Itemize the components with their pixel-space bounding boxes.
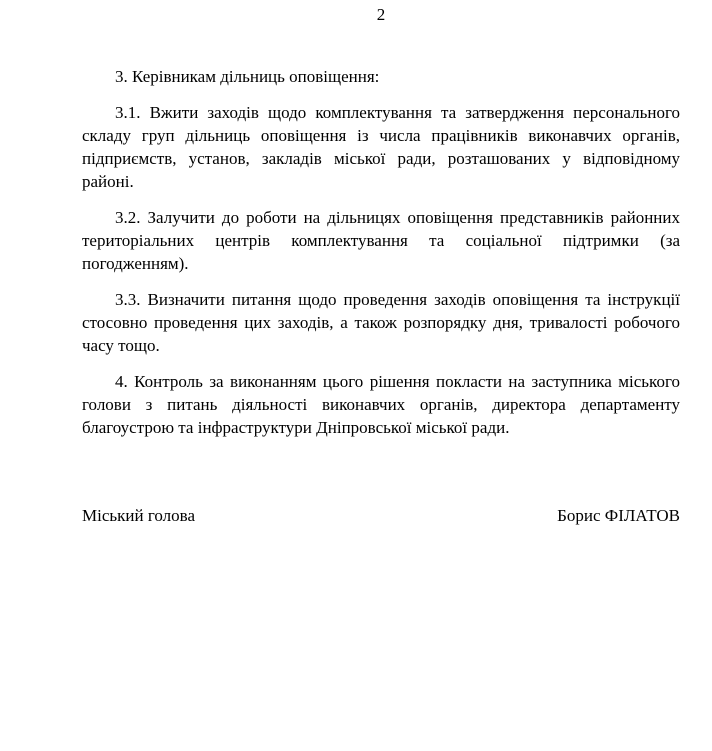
- page-number: 2: [82, 3, 680, 26]
- paragraph-3-1: 3.1. Вжити заходів щодо комплектування т…: [82, 101, 680, 193]
- paragraph-3-3: 3.3. Визначити питання щодо проведення з…: [82, 288, 680, 357]
- signature-row: Міський голова Борис ФІЛАТОВ: [82, 504, 680, 527]
- signature-name: Борис ФІЛАТОВ: [557, 504, 680, 527]
- paragraph-3-2: 3.2. Залучити до роботи на дільницях опо…: [82, 206, 680, 275]
- signature-title: Міський голова: [82, 504, 195, 527]
- document-page: 2 3. Керівникам дільниць оповіщення: 3.1…: [0, 0, 712, 751]
- paragraph-4: 4. Контроль за виконанням цього рішення …: [82, 370, 680, 439]
- section-heading: 3. Керівникам дільниць оповіщення:: [82, 65, 680, 88]
